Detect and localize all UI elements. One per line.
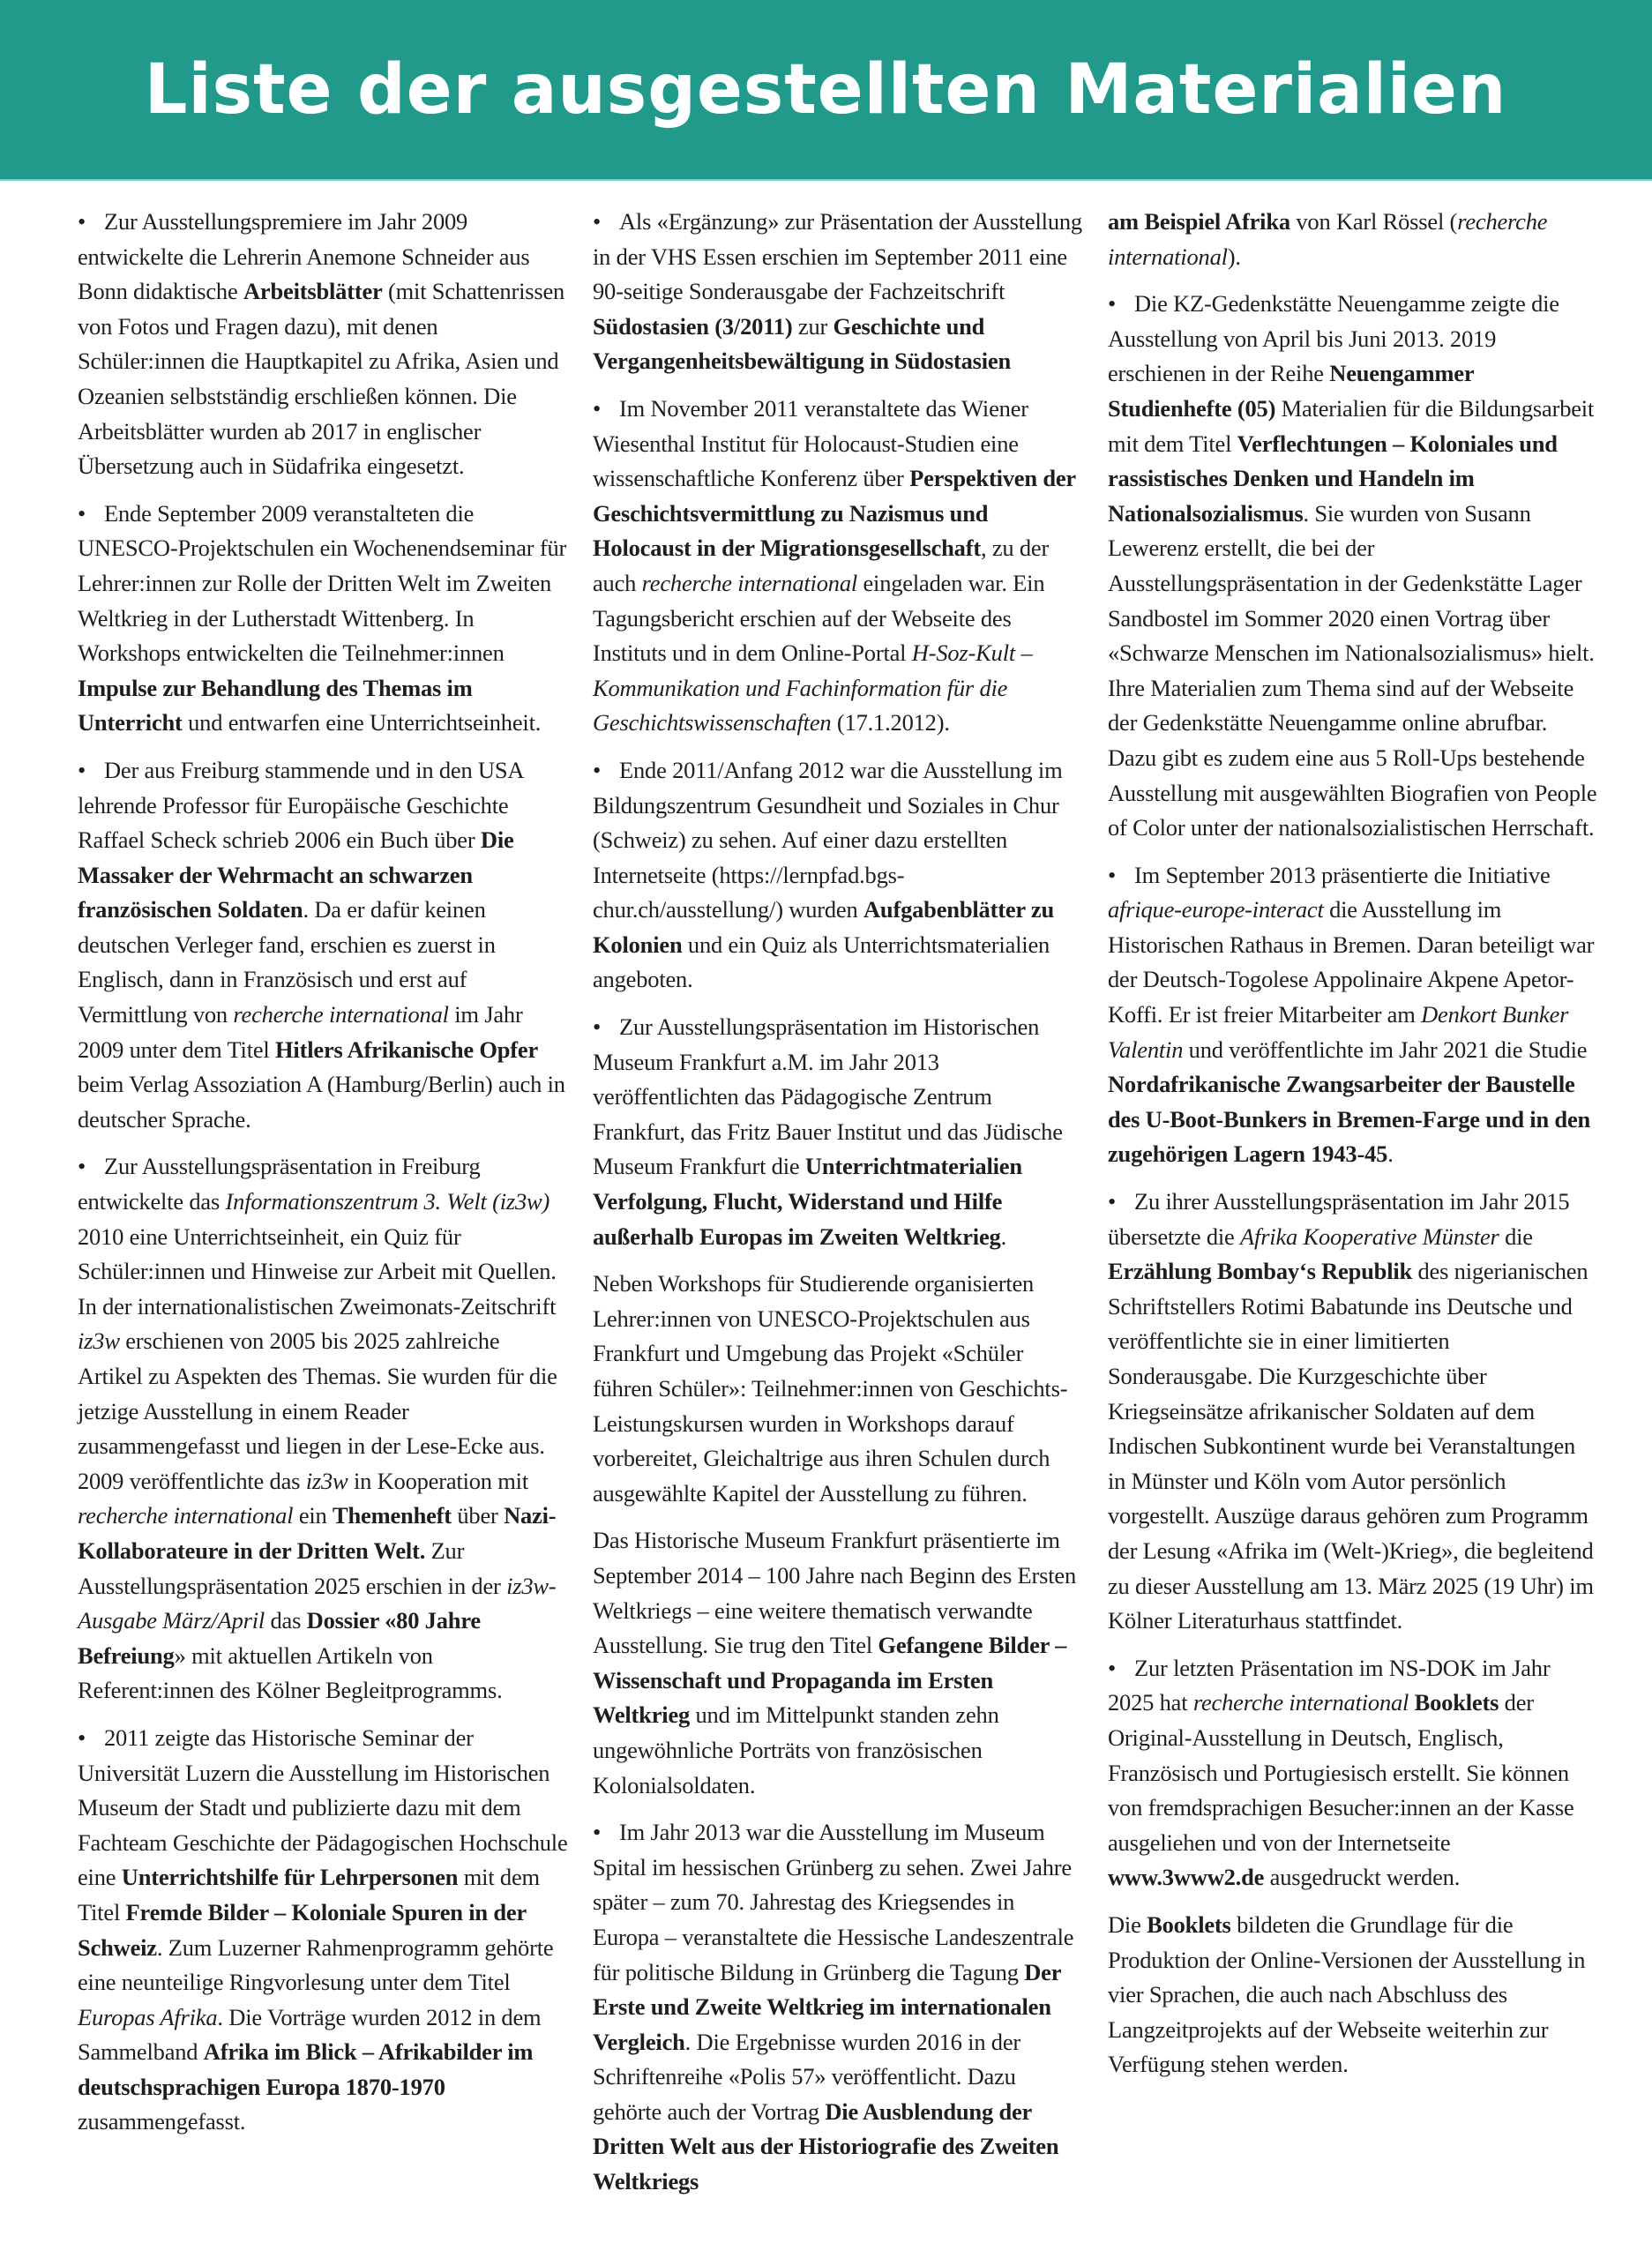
text: . [1387,1140,1393,1167]
text: zusammengefasst. [78,2108,245,2135]
text: Neben Workshops für Studierende organisi… [593,1270,1067,1507]
bullet-icon: • [78,205,104,240]
bullet-icon: • [78,1149,104,1185]
italic-name: Informationszentrum 3. Welt (iz3w) [226,1188,550,1215]
italic-name: Afrika Kooperative Münster [1240,1223,1499,1250]
paragraph: Neben Workshops für Studierende organisi… [593,1267,1083,1511]
column-2: •Als «Ergänzung» zur Präsentation der Au… [593,205,1083,2212]
bullet-icon: • [78,497,104,532]
paragraph: am Beispiel Afrika von Karl Rössel (rech… [1108,205,1598,274]
bullet-icon: • [593,1815,619,1851]
text: zur [792,313,833,340]
bullet-icon: • [593,1010,619,1045]
italic-name: iz3w [306,1468,348,1494]
bullet-icon: • [78,753,104,789]
text: (mit Schattenrissen von Fotos und Fragen… [78,278,564,479]
list-item: •Zur Ausstellungspräsentation im Histori… [593,1010,1083,1254]
text: Im September 2013 präsentierte die Initi… [1134,862,1551,888]
text: beim Verlag Assoziation A (Hamburg/Berli… [78,1071,565,1133]
text: Die [1108,1911,1147,1938]
bullet-icon: • [1108,858,1134,893]
text: Im Jahr 2013 war die Ausstellung im Muse… [593,1819,1073,1985]
bold-title: Themenheft [333,1502,452,1529]
list-item: •Die KZ-Gedenkstätte Neuengamme zeigte d… [1108,287,1598,846]
bullet-icon: • [1108,1651,1134,1686]
paragraph: 2009 veröffentlichte das iz3w in Koopera… [78,1464,568,1708]
bold-title: Unterrichtshilfe für Lehrpersonen [122,1864,459,1890]
text: (17.1.2012). [831,709,949,736]
text: ). [1228,243,1241,270]
list-item: •Zur letzten Präsentation im NS-DOK im J… [1108,1651,1598,1895]
text: . Sie wurden von Susann Lewerenz erstell… [1108,500,1597,841]
text: über [452,1502,504,1529]
text: Als «Ergänzung» zur Präsentation der Aus… [593,208,1082,304]
list-item: •Ende September 2009 veranstalteten die … [78,497,568,741]
italic-name: recherche international [78,1502,293,1529]
text: und veröffentlichte im Jahr 2021 die Stu… [1183,1036,1587,1063]
page-title: Liste der ausgestellten Materialien [145,50,1507,130]
bullet-icon: • [593,753,619,789]
bullet-icon: • [78,1721,104,1756]
text: von Karl Rössel ( [1290,208,1457,235]
italic-name: recherche international [1193,1689,1409,1716]
text: Der aus Freiburg stammende und in den US… [78,757,523,853]
bold-title: www.3www2.de [1108,1864,1264,1890]
list-item: •Im September 2013 präsentierte die Init… [1108,858,1598,1172]
text: in Kooperation mit [348,1468,529,1494]
bold-title: Booklets [1147,1911,1231,1938]
list-item: •Im Jahr 2013 war die Ausstellung im Mus… [593,1815,1083,2200]
column-3: am Beispiel Afrika von Karl Rössel (rech… [1108,205,1598,2095]
list-item: •Zur Ausstellungspräsentation in Freibur… [78,1149,568,1463]
italic-name: recherche international [642,570,857,596]
italic-name: afrique-europe-interact [1108,896,1324,923]
bold-title: Hitlers Afrikanische Opfer [275,1036,538,1063]
page-header: Liste der ausgestellten Materialien [0,0,1652,181]
text: und entwarfen eine Unterrichtseinheit. [183,709,541,736]
italic-name: iz3w [78,1327,120,1354]
bold-title: Nordafrikanische Zwangsarbeiter der Baus… [1108,1071,1590,1167]
list-item: •2011 zeigte das Historische Seminar der… [78,1721,568,2140]
paragraph: Das Historische Museum Frankfurt präsent… [593,1523,1083,1803]
bold-title: Erzählung Bombay‘s Republik [1108,1258,1412,1284]
list-item: •Als «Ergänzung» zur Präsentation der Au… [593,205,1083,379]
list-item: •Der aus Freiburg stammende und in den U… [78,753,568,1138]
text: erschienen von 2005 bis 2025 zahlreiche … [78,1327,557,1459]
bullet-icon: • [593,205,619,240]
text: des nigerianischen Schriftstellers Rotim… [1108,1258,1594,1634]
list-item: •Im November 2011 veranstaltete das Wien… [593,392,1083,741]
text: . [1001,1223,1006,1250]
italic-name: Europas Afrika [78,2004,217,2030]
list-item: •Ende 2011/Anfang 2012 war die Ausstellu… [593,753,1083,998]
bold-title: am Beispiel Afrika [1108,208,1290,235]
text: die [1499,1223,1533,1250]
text: 2010 eine Unterrichtseinheit, ein Quiz f… [78,1223,557,1320]
bold-title: Südostasien (3/2011) [593,313,792,340]
bullet-icon: • [1108,287,1134,322]
list-item: •Zu ihrer Ausstellungspräsentation im Ja… [1108,1185,1598,1639]
bullet-icon: • [593,392,619,427]
bold-title: Booklets [1415,1689,1499,1716]
bold-title: Arbeitsblätter [243,278,383,304]
column-1: •Zur Ausstellungspremiere im Jahr 2009 e… [78,205,568,2152]
text: das [265,1607,307,1634]
paragraph: Die Booklets bildeten die Grundlage für … [1108,1908,1598,2082]
text: 2009 veröffentlichte das [78,1468,306,1494]
list-item: •Zur Ausstellungspremiere im Jahr 2009 e… [78,205,568,484]
italic-name: recherche international [233,1001,448,1028]
text: ein [293,1502,333,1529]
bullet-icon: • [1108,1185,1134,1220]
text: Ende September 2009 veranstalteten die U… [78,500,566,666]
text: ausgedruckt werden. [1264,1864,1460,1890]
